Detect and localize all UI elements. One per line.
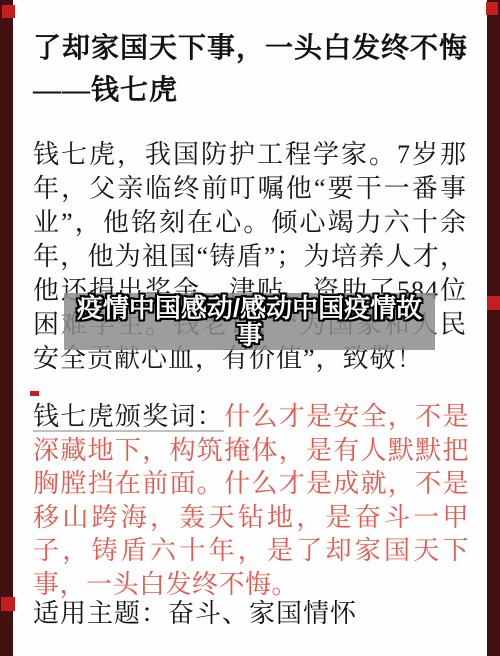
award-citation-label: 钱七虎颁奖词： [33, 402, 224, 431]
red-tick-mark [30, 391, 39, 396]
watermark-banner-text: 疫情中国感动/感动中国疫情故事 [77, 293, 422, 350]
left-border-bar [0, 0, 13, 656]
quote-title: 了却家国天下事，一头白发终不悔 ——钱七虎 [33, 28, 493, 112]
red-marker-top-right [486, 2, 498, 15]
themes-label: 适用主题： [33, 599, 168, 628]
quote-attribution: ——钱七虎 [33, 70, 493, 112]
red-marker-bottom-left [1, 597, 15, 611]
red-marker-top-left [2, 5, 15, 18]
article-page: 了却家国天下事，一头白发终不悔 ——钱七虎 钱七虎，我国防护工程学家。7岁那年，… [0, 0, 500, 656]
themes-line: 适用主题：奋斗、家国情怀 [33, 597, 469, 630]
award-citation-paragraph: 钱七虎颁奖词：什么才是安全，不是深藏地下，构筑掩体，是有人默默把胸膛挡在前面。什… [33, 400, 469, 601]
themes-value: 奋斗、家国情怀 [168, 599, 357, 628]
quote-title-line1: 了却家国天下事，一头白发终不悔 [33, 28, 493, 70]
award-citation-quote: 什么才是安全，不是深藏地下，构筑掩体，是有人默默把胸膛挡在前面。什么才是成就，不… [33, 402, 469, 599]
red-marker-right-middle [487, 296, 500, 310]
watermark-banner: 疫情中国感动/感动中国疫情故事 [64, 293, 435, 350]
